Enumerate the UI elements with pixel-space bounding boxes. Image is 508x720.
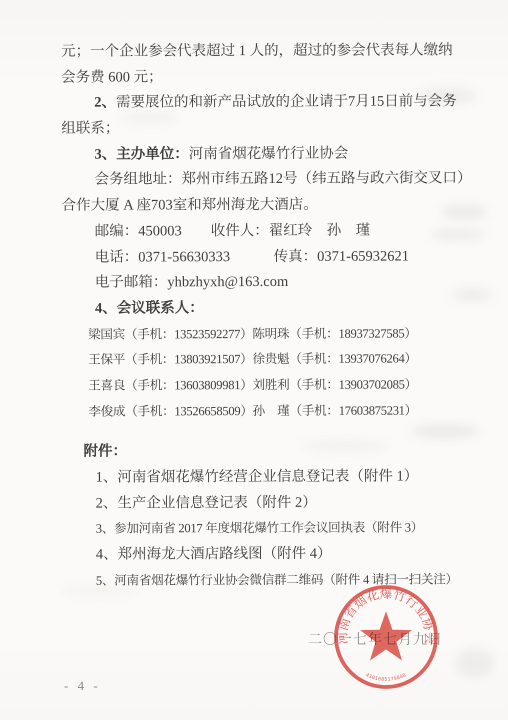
attachments-heading: 附件：	[62, 439, 468, 466]
official-seal: 河南省烟花爆竹行业协会 4101085179808	[333, 584, 439, 690]
email-line: 电子邮箱：yhbzhyxh@163.com	[62, 269, 468, 296]
contact-line: 王喜良（手机：13603809981）刘胜利（手机：13903702085）	[62, 372, 468, 399]
item-2-line: 2、需要展位的和新产品试放的企业请于7月15日前与会务	[61, 90, 467, 117]
attachment-item: 2、生产企业信息登记表（附件 2）	[63, 490, 469, 517]
contact-line: 梁国宾（手机：13523592277）陈明珠（手机：18937327585）	[62, 321, 468, 348]
contact-line: 李俊成（手机：13526658509）孙 瑾（手机：17603875231）	[62, 398, 468, 425]
item-2-text: 需要展位的和新产品试放的企业请于7月15日前与会务	[116, 94, 457, 111]
seal-code: 4101085179808	[365, 672, 408, 683]
attachment-item: 3、参加河南省 2017 年度烟花爆竹工作会议回执表（附件 3）	[63, 516, 469, 543]
address-line: 会务组地址：郑州市纬五路12号（纬五路与政六街交叉口）	[61, 167, 467, 194]
attachment-item: 4、郑州海龙大酒店路线图（附件 4）	[63, 541, 469, 568]
item-2-continuation: 组联系；	[61, 115, 467, 142]
scan-artifact	[455, 648, 495, 678]
postal-recipient-line: 邮编：450003 收件人：翟红玲 孙 瑾	[62, 218, 468, 245]
document-body: 元；一个企业参会代表超过 1 人的，超过的参会代表每人缴纳 会务费 600 元；…	[61, 38, 469, 594]
item-4-label: 4、会议联系人：	[62, 295, 468, 322]
item-3-label: 3、主办单位：	[94, 146, 188, 162]
phone-fax-line: 电话：0371-56630333 传真：0371-65932621	[62, 244, 468, 271]
address-continuation: 合作大厦 A 座703室和郑州海龙大酒店。	[62, 192, 468, 219]
fee-paragraph-line: 会务费 600 元；	[61, 64, 467, 91]
fee-paragraph-line: 元；一个企业参会代表超过 1 人的，超过的参会代表每人缴纳	[61, 38, 467, 65]
seal-star-icon	[360, 611, 412, 660]
item-3-line: 3、主办单位：河南省烟花爆竹行业协会	[61, 141, 467, 168]
page-number: - 4 -	[64, 678, 101, 694]
contact-line: 王保平（手机：13803921507）徐贵魁（手机：13937076264）	[62, 347, 468, 374]
item-2-number: 2、	[94, 95, 116, 111]
seal-graphic: 河南省烟花爆竹行业协会 4101085179808	[333, 584, 439, 690]
scanned-document-page: 元；一个企业参会代表超过 1 人的，超过的参会代表每人缴纳 会务费 600 元；…	[0, 0, 508, 720]
seal-code-container: 4101085179808	[365, 672, 408, 683]
item-3-text: 河南省烟花爆竹行业协会	[189, 145, 349, 162]
attachment-item: 1、河南省烟花爆竹经营企业信息登记表（附件 1）	[63, 464, 469, 491]
